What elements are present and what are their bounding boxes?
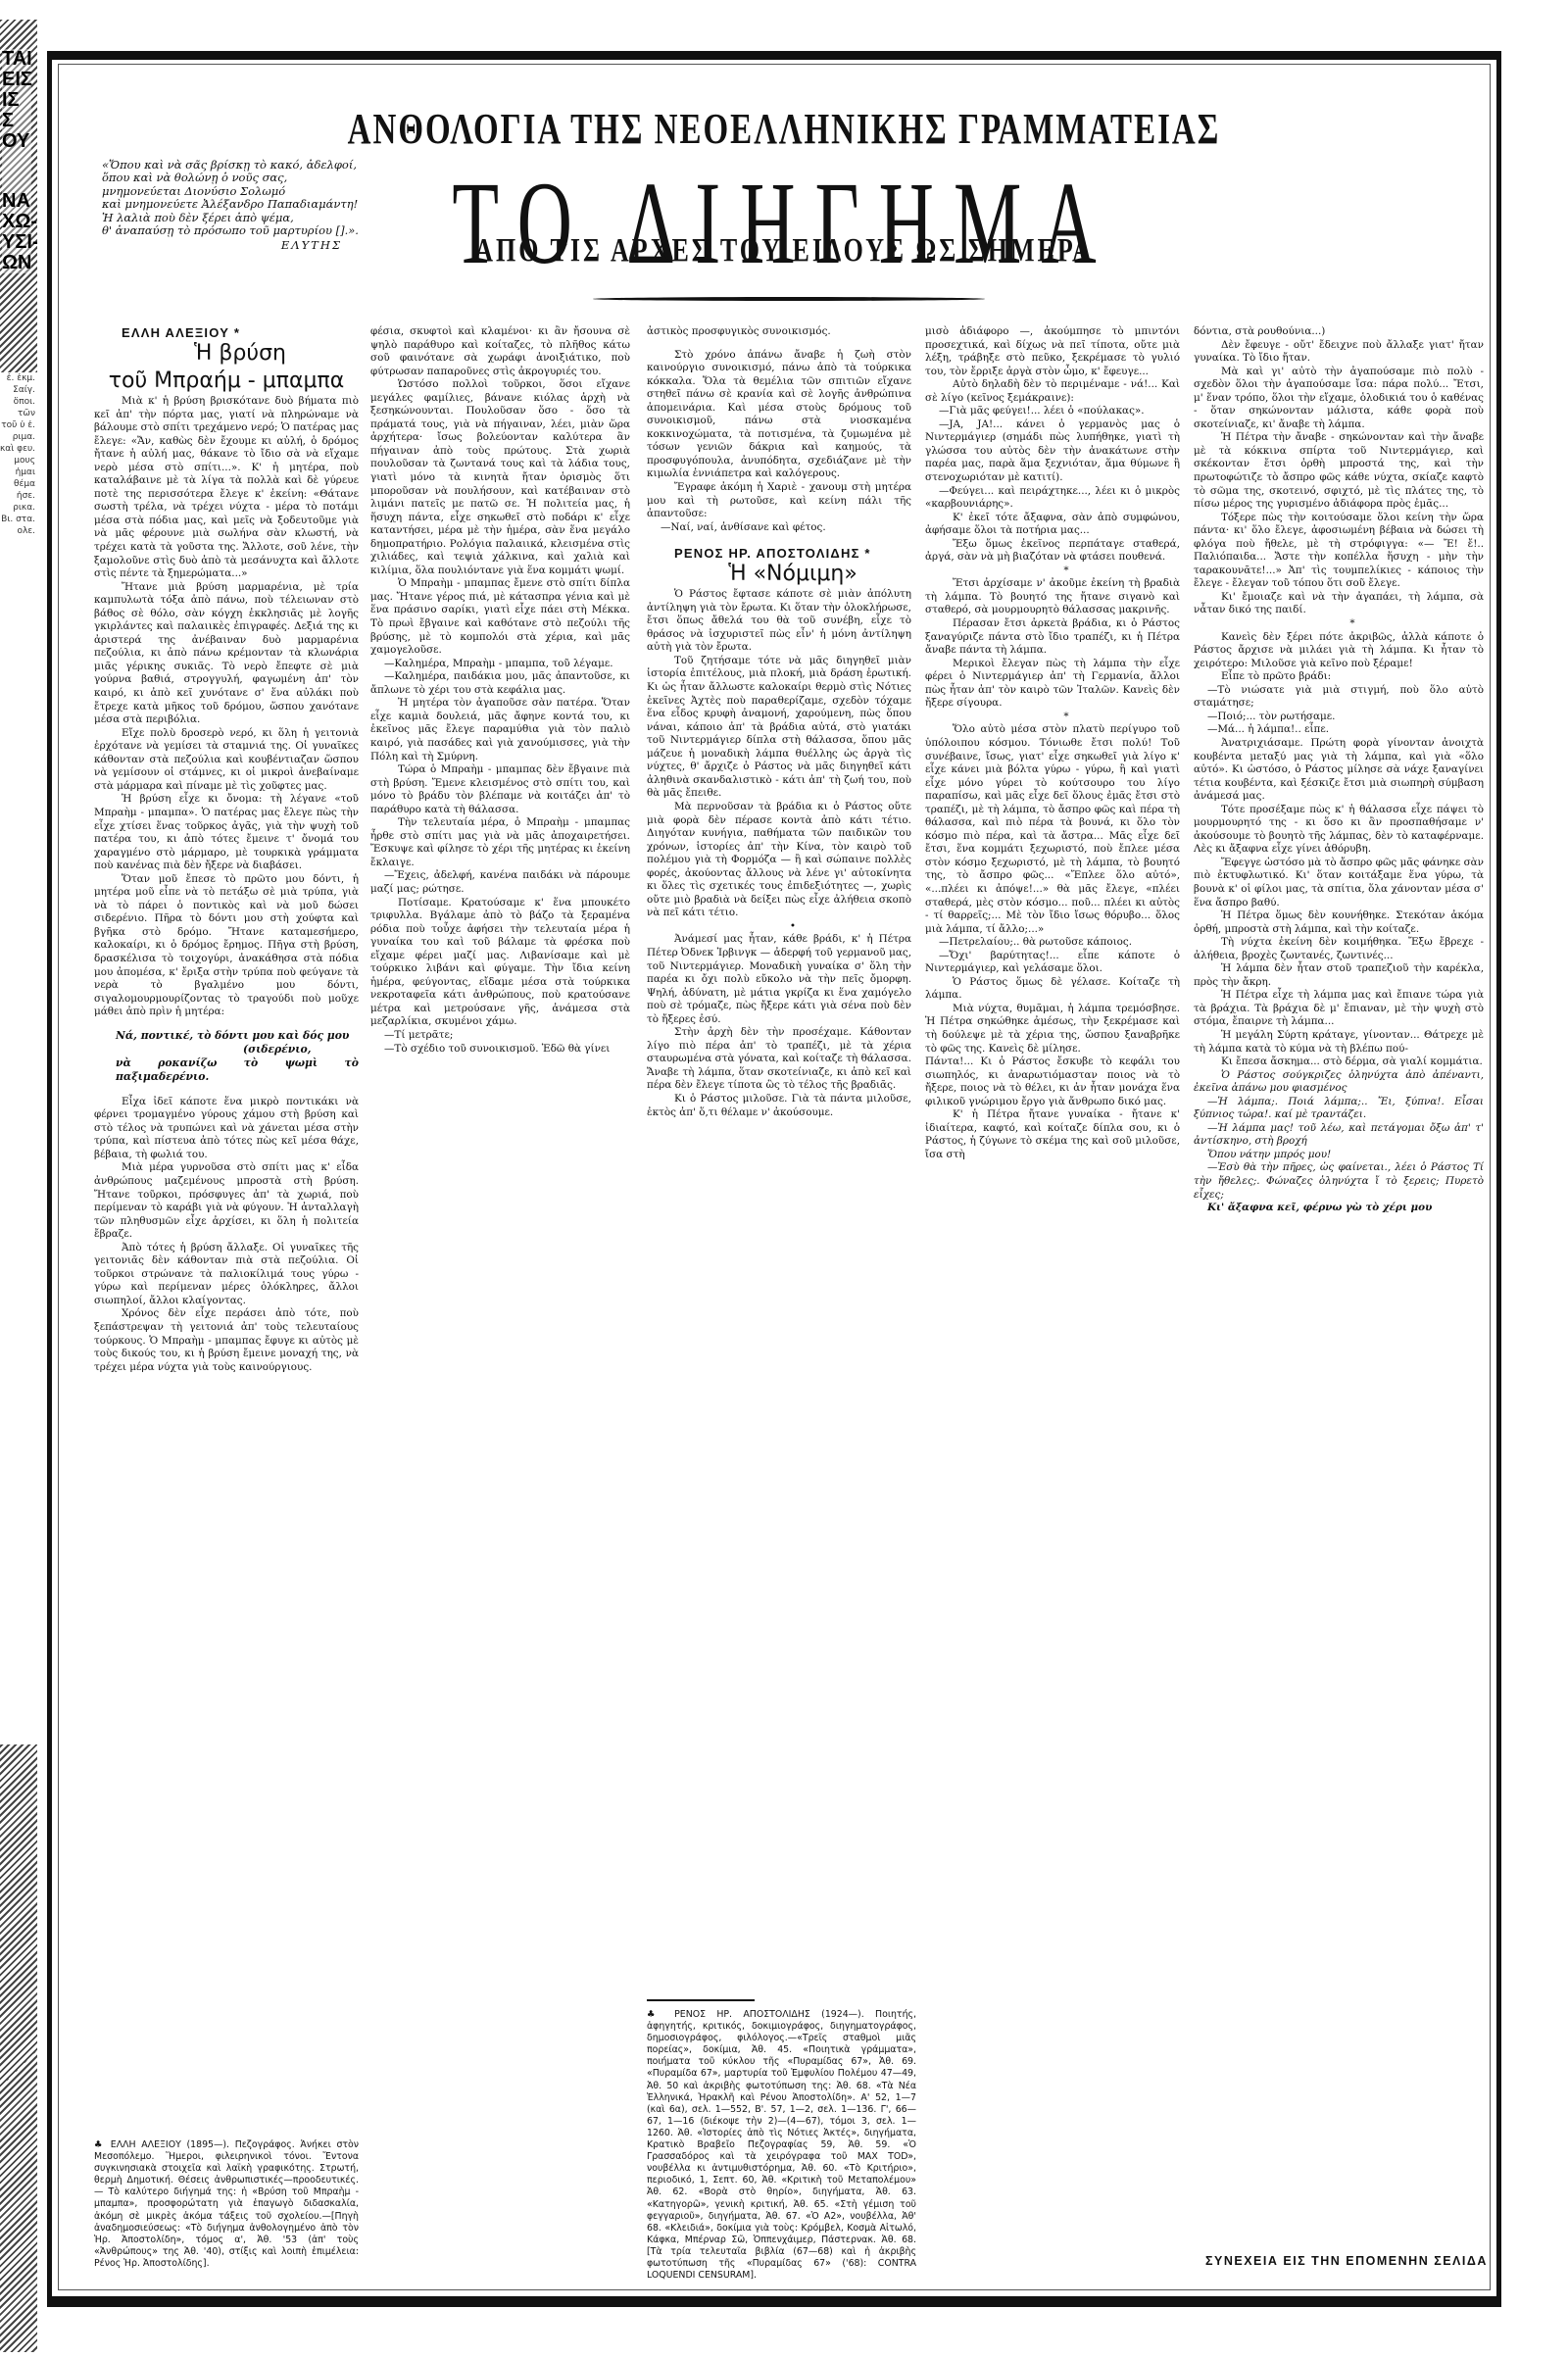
- epigraph-line: θ' ἀναπαύσῃ τὸ πρόσωπο τοῦ μαρτυρίου [].…: [102, 224, 342, 237]
- paragraph: Κ' ἐκεῖ τότε ἄξαφνα, σὰν ἀπὸ συμφώνου, ἀ…: [925, 512, 1180, 538]
- paragraph: Στὴν ἀρχὴ δὲν τὴν προσέχαμε. Κάθονταν λί…: [647, 1026, 911, 1093]
- dialog-line: —Τὸ σχέδιο τοῦ συνοικισμοῦ. Ἐδῶ θὰ γίνει: [370, 1043, 630, 1056]
- footnote-apostolidis: ♣ ΡΕΝΟΣ ΗΡ. ΑΠΟΣΤΟΛΙΔΗΣ (1924—). Ποιητής…: [647, 1999, 916, 2282]
- paragraph: Ποτίσαμε. Κρατούσαμε κ' ἕνα μπουκέτο τρι…: [370, 897, 630, 1029]
- paragraph: Ἀπὸ τότες ἡ βρύση ἄλλαξε. Οἱ γυναῖκες τῆ…: [94, 1242, 359, 1308]
- epigraph-line: «Ὅπου καὶ νὰ σᾶς βρίσκῃ τὸ κακό, ἀδελφοί…: [102, 159, 342, 172]
- dialog-line: —Ἡ λάμπα;. Ποιά λάμπα;.. Ἔι, ξύπνα!. Εἶσ…: [1194, 1096, 1484, 1122]
- story2-closing-dialog: —Ἡ λάμπα;. Ποιά λάμπα;.. Ἔι, ξύπνα!. Εἶσ…: [1194, 1096, 1484, 1215]
- paragraph: ἀστικὸς προσφυγικὸς συνοικισμός.: [647, 325, 911, 339]
- epigraph-line: Ἡ λαλιὰ ποὺ δὲν ξέρει ἀπὸ ψέμα,: [102, 212, 342, 224]
- dialog-line: —Ὄχι' βαρύτητας!... εἶπε κάποτε ὁ Νιντερ…: [925, 950, 1180, 976]
- paragraph: Χρόνος δὲν εἶχε περάσει ἀπὸ τότε, ποὺ ξε…: [94, 1307, 359, 1374]
- poem-line: (σιδερένιο,: [116, 1043, 359, 1056]
- continued-next-page-notice: ΣΥΝΕΧΕΙΑ ΕΙΣ ΤΗΝ ΕΠΟΜΕΝΗΝ ΣΕΛΙΔΑ: [1205, 2254, 1488, 2268]
- story1-title: Ἡ βρύση τοῦ Μπραήμ - μπαμπα: [94, 340, 359, 395]
- footnote-apostolidis-bio: ♣ ΡΕΝΟΣ ΗΡ. ΑΠΟΣΤΟΛΙΔΗΣ (1924—). Ποιητής…: [647, 2009, 916, 2281]
- paragraph: Ὁ Μπραὴμ - μπαμπας ἔμενε στὸ σπίτι δίπλα…: [370, 577, 630, 657]
- dialog-line: —Καλημέρα, παιδάκια μου, μᾶς ἀπαντοῦσε, …: [370, 670, 630, 697]
- paragraph: Πέρασαν ἔτσι ἀρκετὰ βράδια, κι ὁ Ράστος …: [925, 617, 1180, 658]
- paragraph: Μὰ καὶ γι' αὐτὸ τὴν ἀγαπούσαμε πιὸ πολὺ …: [1194, 366, 1484, 432]
- story2-author: ΡΕΝΟΣ ΗΡ. ΑΠΟΣΤΟΛΙΔΗΣ *: [647, 546, 911, 561]
- paragraph: Ἡ λάμπα δὲν ἦταν στοῦ τραπεζιοῦ τὴν καρέ…: [1194, 962, 1484, 989]
- epigraph-line: ὅπου καὶ νὰ θολώνῃ ὁ νοῦς σας,: [102, 172, 342, 184]
- paragraph: Εἶχα ἰδεῖ κάποτε ἕνα μικρὸ ποντικάκι νὰ …: [94, 1096, 359, 1162]
- paragraph: Ἡ Πέτρα εἶχε τὴ λάμπα μας καὶ ἔπιανε τώρ…: [1194, 989, 1484, 1029]
- paragraph: Ἔγραφε ἀκόμη ἡ Χαριὲ - χανουμ στὴ μητέρα…: [647, 481, 911, 521]
- column-4: μισὸ ἀδιάφορο —, ἀκούμπησε τὸ μπιντόνι π…: [925, 325, 1180, 2246]
- story1-title-line1: Ἡ βρύση: [194, 341, 286, 366]
- column-3: ἀστικὸς προσφυγικὸς συνοικισμός. Στὸ χρό…: [647, 325, 911, 1991]
- dialog-line: —Ἔχεις, ἀδελφή, κανένα παιδάκι νὰ πάρουμ…: [370, 869, 630, 896]
- dialog-line: —Ἐσὺ θὰ τὴν πῆρες, ὡς φαίνεται., λέει ὁ …: [1194, 1161, 1484, 1202]
- paragraph: Στὸ χρόνο ἀπάνω ἄναβε ἡ ζωὴ στὸν καινούρ…: [647, 349, 911, 481]
- story1-poem: Νά, ποντικέ, τὸ δόντι μου καὶ δός μου (σ…: [116, 1029, 359, 1084]
- paragraph: Ἡ Πέτρα τὴν ἄναβε - σηκώνονταν καὶ τὴν ἄ…: [1194, 431, 1484, 511]
- section-break: *: [925, 711, 1180, 724]
- paragraph: Τὴν τελευταία μέρα, ὁ Μπραὴμ - μπαμπας ἦ…: [370, 816, 630, 869]
- section-break: •: [647, 920, 911, 934]
- paragraph: Κι ὁ Ράστος μιλοῦσε. Γιὰ τὰ πάντα μιλοῦσ…: [647, 1093, 911, 1119]
- paragraph: Κι' ἔμοιαζε καὶ νὰ τὴν ἀγαπάει, τὴ λάμπα…: [1194, 591, 1484, 617]
- headline-divider: [593, 297, 985, 301]
- edge-word: ΕΙΣ: [2, 70, 31, 90]
- dialog-line: Ὅπου νάτην μπρός μου!: [1194, 1149, 1484, 1162]
- paragraph: Ὅλο αὐτὸ μέσα στὸν πλατὺ περίγυρο τοῦ ὑπ…: [925, 723, 1180, 936]
- section-break: *: [925, 565, 1180, 578]
- paragraph: Τὴ νύχτα ἐκείνη δὲν κοιμήθηκα. Ἔξω ἔβρεχ…: [1194, 936, 1484, 962]
- paragraph: Ἀνάμεσί μας ἦταν, κάθε βράδι, κ' ἡ Πέτρα…: [647, 933, 911, 1026]
- paragraph: Εἴχε πολὺ δροσερὸ νερό, κι ὅλη ἡ γειτονι…: [94, 727, 359, 794]
- dialog-line: —Ναί, ναί, ἀνθίσανε καὶ φέτος.: [647, 521, 911, 535]
- paragraph: Ἤτανε μιὰ βρύση μαρμαρένια, μὲ τρία καμπ…: [94, 581, 359, 727]
- paragraph: Ἔτσι ἀρχίσαμε ν' ἀκοῦμε ἐκείνη τὴ βραδιὰ…: [925, 577, 1180, 617]
- paragraph: Μὰ περνοῦσαν τὰ βράδια κι ὁ Ράστος οὔτε …: [647, 801, 911, 920]
- paragraph: Κανεὶς δὲν ξέρει πότε ἀκριβῶς, ἀλλὰ κάπο…: [1194, 631, 1484, 671]
- epigraph-line: καὶ μνημονεύετε Ἀλέξανδρο Παπαδιαμάντη!: [102, 198, 342, 211]
- paragraph: Ὡστόσο πολλοὶ τοῦρκοι, ὅσοι εἴχανε μεγάλ…: [370, 378, 630, 577]
- paragraph: Ἔξω ὅμως ἐκεῖνος περπάταγε σταθερά, ἀργά…: [925, 538, 1180, 565]
- section-kicker: ΑΝΘΟΛΟΓΙΑ ΤΗΣ ΝΕΟΕΛΛΗΝΙΚΗΣ ΓΡΑΜΜΑΤΕΙΑΣ: [0, 106, 1568, 155]
- dialog-line: —Φεύγει... καὶ πειράχτηκε..., λέει κι ὁ …: [925, 485, 1180, 512]
- adjacent-page-edge: ΤΑΙ ΕΙΣ ΙΣ Σ ΟΥ ΝΑ ΧΩ- ΥΣΙ- ΩΝ ἐ. ἐκμ. Σ…: [0, 20, 37, 2352]
- paragraph: Ἔφεγγε ὡστόσο μὰ τὸ ἄσπρο φῶς μᾶς φάνηκε…: [1194, 857, 1484, 909]
- paragraph: Μιὰ κ' ἡ βρύση βρισκότανε δυὸ βήματα πιὸ…: [94, 395, 359, 581]
- adjacent-page-text-fragment: ἐ. ἐκμ. Σαίγ. ὅποι. τῶν τοῦ ὐ ἐ. ριμα. κ…: [0, 372, 37, 1744]
- paragraph: Τώρα ὁ Μπραὴμ - μπαμπας δὲν ἔβγαινε πιὰ …: [370, 763, 630, 816]
- paragraph: Κ' ἡ Πέτρα ἤτανε γυναίκα - ἤτανε κ' ἰδια…: [925, 1108, 1180, 1161]
- poem-line: Νά, ποντικέ, τὸ δόντι μου καὶ δός μου: [116, 1029, 359, 1043]
- paragraph: Ὁ Ράστος ἔφτασε κάποτε σὲ μιὰν ἀπόλυτη ἀ…: [647, 588, 911, 655]
- edge-word: ΤΑΙ: [2, 49, 31, 70]
- story1-author: ΕΛΛΗ ΑΛΕΞΙΟΥ *: [94, 325, 359, 340]
- paragraph: δόντια, στὰ ρουθούνια...): [1194, 325, 1484, 339]
- epigraph-quote: «Ὅπου καὶ νὰ σᾶς βρίσκῃ τὸ κακό, ἀδελφοί…: [102, 159, 342, 253]
- epigraph-signature: ΕΛΥΤΗΣ: [102, 239, 342, 252]
- paragraph: Ἡ μεγάλη Σύρτη κράταγε, γίνονταν... Θάτρ…: [1194, 1029, 1484, 1056]
- footnote-divider: [647, 1999, 755, 2001]
- paragraph: Τότε προσέξαμε πὼς κ' ἡ θάλασσα εἶχε πάψ…: [1194, 804, 1484, 857]
- paragraph: Ὁ Ράστος ὅμως δὲ γέλασε. Κοίταζε τὴ λάμπ…: [925, 976, 1180, 1003]
- paragraph: Μερικοὶ ἔλεγαν πὼς τὴ λάμπα τὴν εἶχε φέρ…: [925, 658, 1180, 711]
- dialog-line: —Τί μετρᾶτε;: [370, 1029, 630, 1043]
- paragraph: Τόξερε πὼς τὴν κοιτούσαμε ὅλοι κείνη τὴν…: [1194, 512, 1484, 591]
- dialog-line: —Μά... ἡ λάμπα!.. εἶπε.: [1194, 723, 1484, 737]
- paragraph: Ἡ βρύση εἶχε κι ὄνομα: τὴ λέγανε «τοῦ Μπ…: [94, 793, 359, 872]
- paragraph: Αὐτὸ δηλαδὴ δὲν τὸ περιμέναμε - νά!... Κ…: [925, 378, 1180, 405]
- paragraph: Μιὰ μέρα γυρνοῦσα στὸ σπίτι μας κ' εἶδα …: [94, 1161, 359, 1241]
- poem-line: νὰ ροκανίζω τὸ ψωμὶ τὸ παξιμαδερένιο.: [116, 1056, 359, 1084]
- section-break: *: [1194, 617, 1484, 631]
- dialog-line: —JA, JA!... κάνει ὁ γερμανὸς μας ὁ Νιντε…: [925, 418, 1180, 485]
- dialog-line: —Τὸ νιώσατε γιὰ μιὰ στιγμή, ποὺ ὅλο αὐτὸ…: [1194, 684, 1484, 711]
- epigraph-line: μνημονεύεται Διονύσιο Σολωμό: [102, 185, 342, 198]
- paragraph: Τοῦ ζητήσαμε τότε νὰ μᾶς διηγηθεῖ μιὰν ἱ…: [647, 655, 911, 801]
- dialog-line: —Ποιό;... τὸν ρωτήσαμε.: [1194, 711, 1484, 724]
- column-5: δόντια, στὰ ρουθούνια...) Δὲν ἔφευγε - ο…: [1194, 325, 1484, 2276]
- paragraph: Δὲν ἔφευγε - οὔτ' ἔδειχνε ποὺ ἄλλαξε για…: [1194, 339, 1484, 366]
- paragraph: Πάντα!... Κι ὁ Ράστος ἔσκυβε τὸ κεφάλι τ…: [925, 1056, 1180, 1108]
- paragraph: Κι ἔπεσα ἄσκημα... στὸ δέρμα, σὰ γιαλί κ…: [1194, 1056, 1484, 1069]
- paragraph: Μιὰ νύχτα, θυμᾶμαι, ἡ λάμπα τρεμόσβησε. …: [925, 1003, 1180, 1056]
- dialog-line: —Ἡ λάμπα μας! τοῦ λέω, καὶ πετάγομαι ὄξω…: [1194, 1122, 1484, 1149]
- dialog-line: —Καλημέρα, Μπραὴμ - μπαμπα, τοῦ λέγαμε.: [370, 658, 630, 671]
- paragraph: Ἀνατριχιάσαμε. Πρώτη φορὰ γίνονταν ἀνοιχ…: [1194, 737, 1484, 804]
- paragraph: φέσια, σκυφτοὶ καὶ κλαμένοι· κι ἂν ἤσουν…: [370, 325, 630, 378]
- footnote-alexiou-bio: ♣ ΕΛΛΗ ΑΛΕΞΙΟΥ (1895—). Πεζογράφος. Ἀνήκ…: [94, 2139, 359, 2270]
- paragraph: Ὅταν μοῦ ἔπεσε τὸ πρῶτο μου δόντι, ἡ μητ…: [94, 873, 359, 1019]
- paragraph: μισὸ ἀδιάφορο —, ἀκούμπησε τὸ μπιντόνι π…: [925, 325, 1180, 378]
- story2-title: Ἡ «Νόμιμη»: [647, 561, 911, 588]
- dialog-line: —Γιὰ μᾶς φεύγει!... λέει ὁ «πούλακας».: [925, 405, 1180, 418]
- dialog-line: —Πετρελαίου;.. θὰ ρωτοῦσε κάποιος.: [925, 936, 1180, 950]
- column-1: ΕΛΛΗ ΑΛΕΞΙΟΥ * Ἡ βρύση τοῦ Μπραήμ - μπαμ…: [94, 325, 359, 2138]
- paragraph: Ἡ μητέρα τὸν ἀγαποῦσε σὰν πατέρα. Ὅταν ε…: [370, 697, 630, 763]
- story1-title-line2: τοῦ Μπραήμ - μπαμπα: [109, 368, 344, 393]
- paragraph: Ἡ Πέτρα ὅμως δὲν κουνήθηκε. Στεκόταν ἀκό…: [1194, 909, 1484, 936]
- column-2: φέσια, σκυφτοὶ καὶ κλαμένοι· κι ἂν ἤσουν…: [370, 325, 630, 2119]
- paragraph: Εἶπε τὸ πρῶτο βράδι:: [1194, 670, 1484, 684]
- dialog-line: Κι' ἄξαφνα κεῖ, φέρνω γὼ τὸ χέρι μου: [1194, 1202, 1484, 1215]
- paragraph: Ὁ Ράστος σούγκριζες ὁληνύχτα ἀπὸ ἀπέναντ…: [1194, 1069, 1484, 1096]
